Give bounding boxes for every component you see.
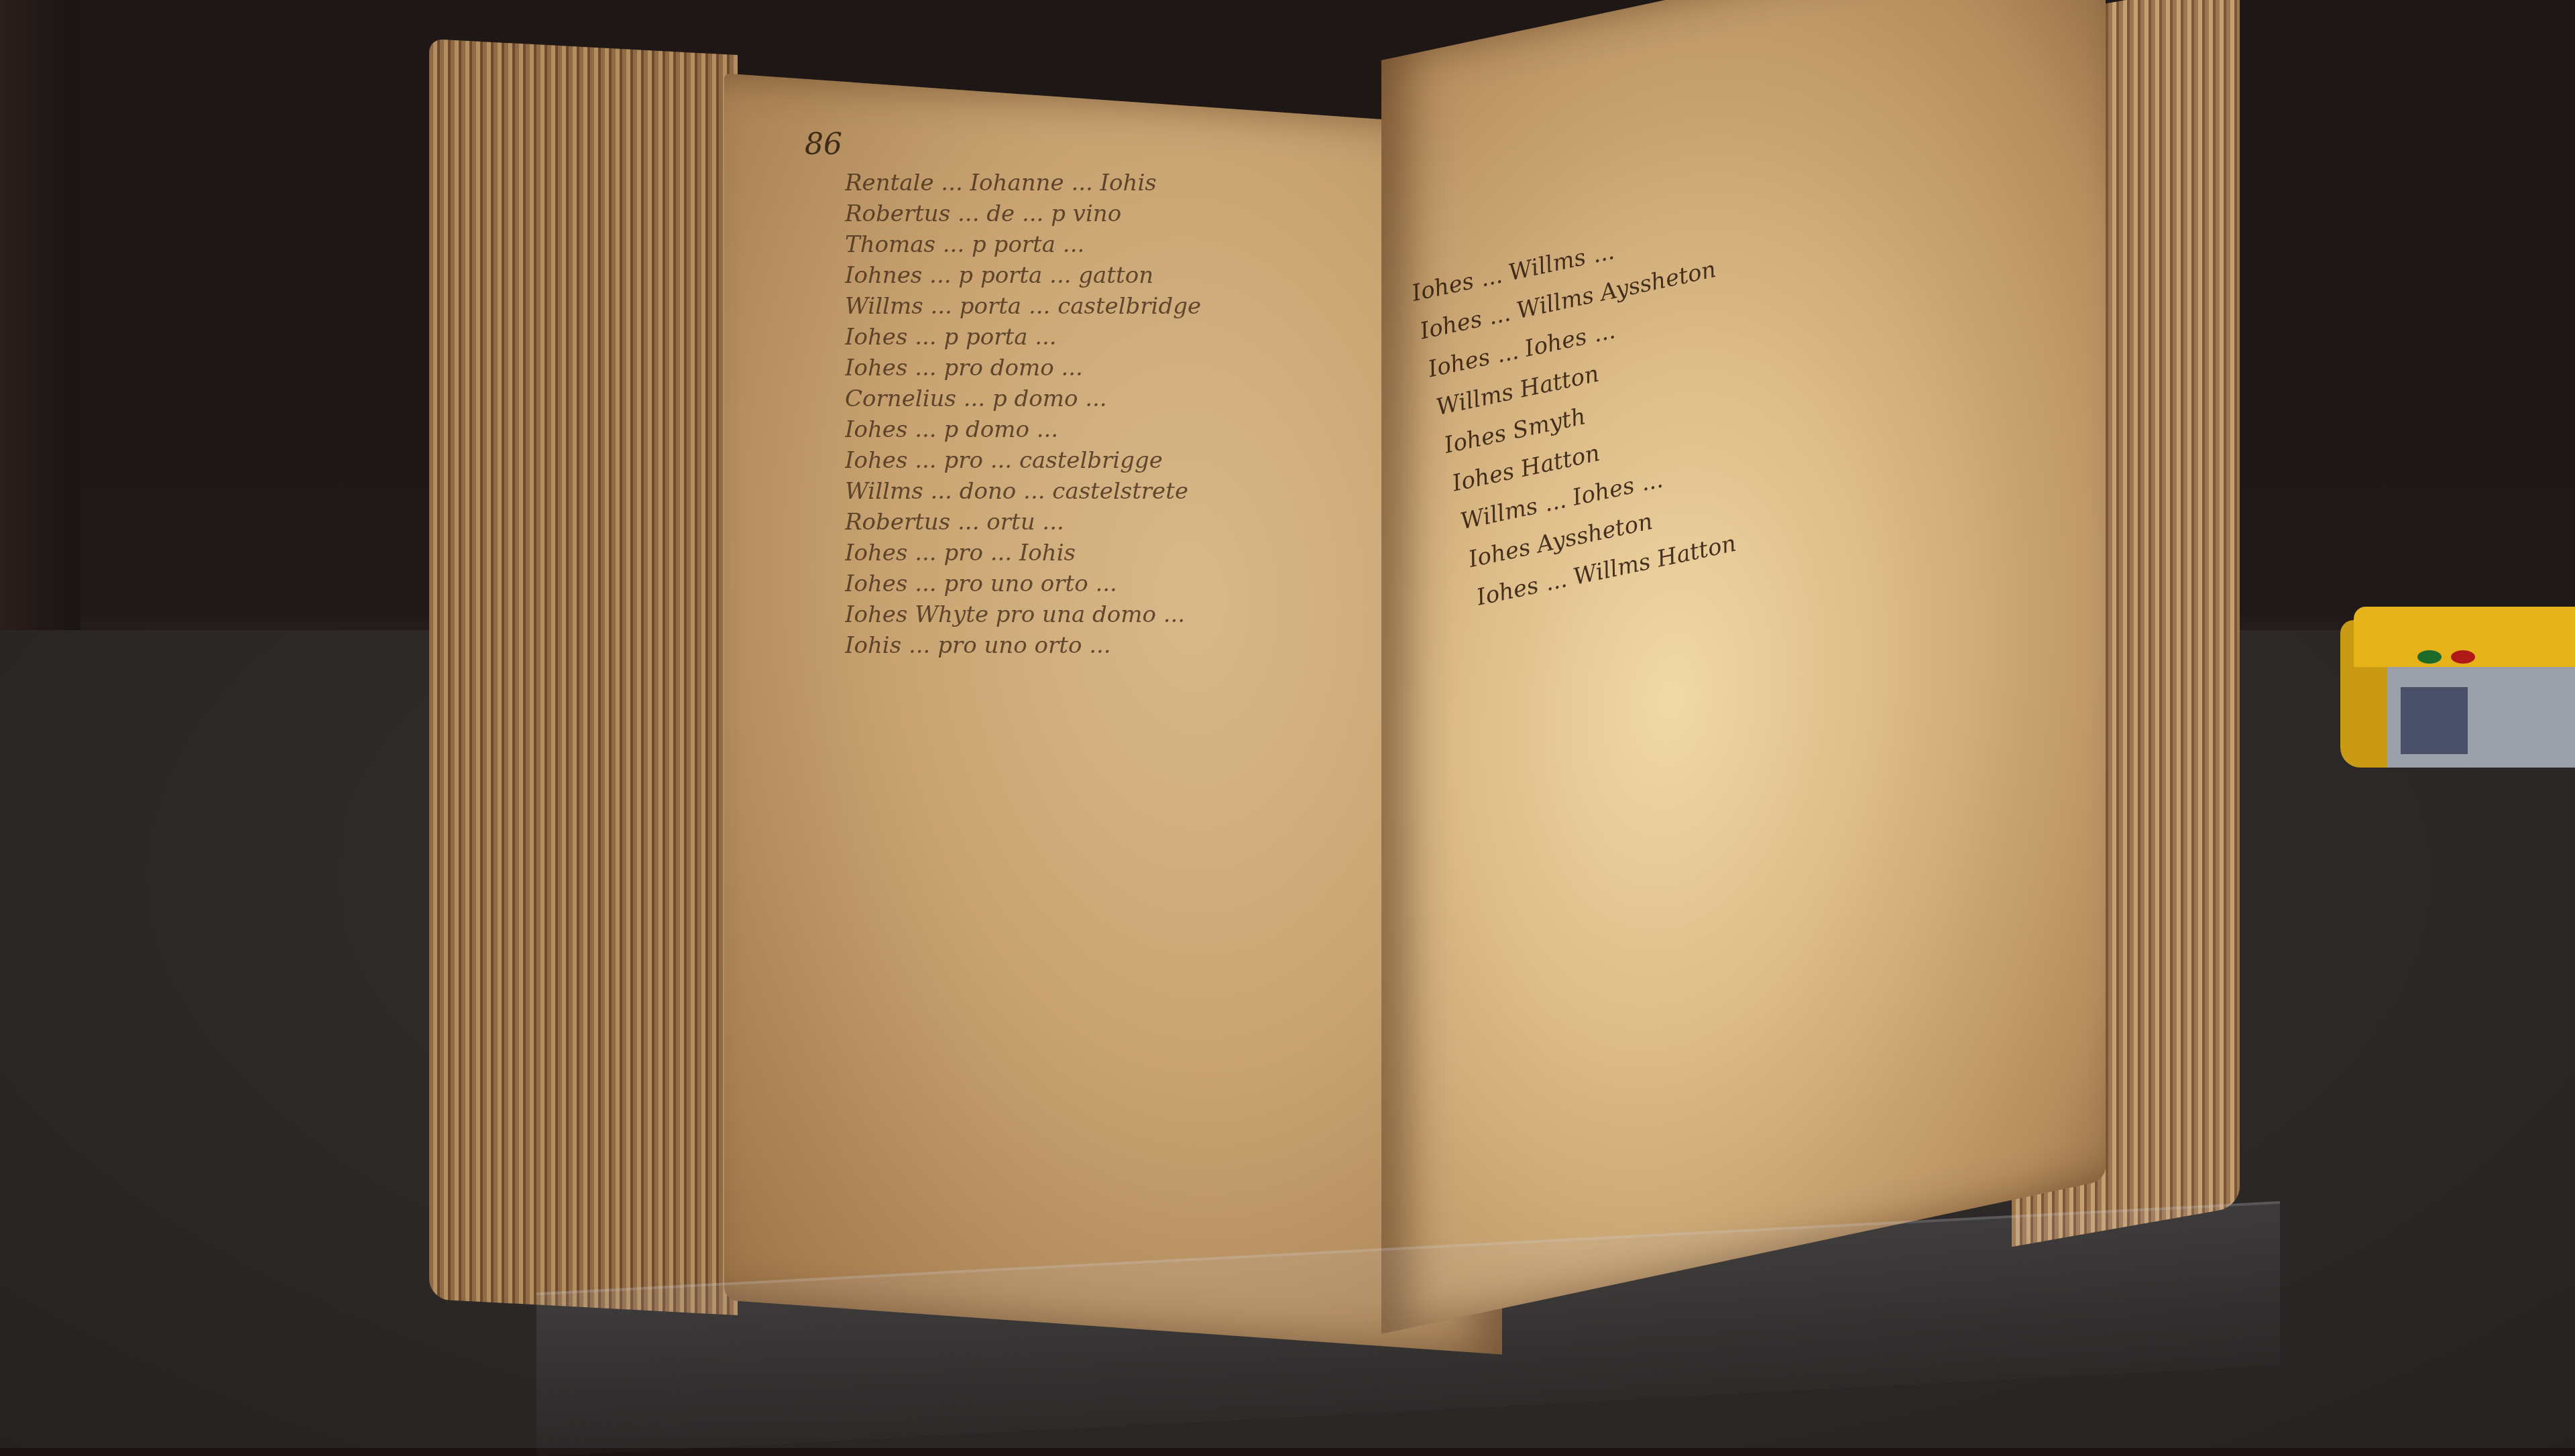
red-led-icon <box>2451 650 2475 664</box>
left-page-text: Rentale ... Iohanne ... Iohis Robertus .… <box>845 168 1448 661</box>
left-page-edges <box>429 39 738 1315</box>
folio-number: 86 <box>805 127 842 162</box>
manuscript-line: Iohes ... pro uno orto ... <box>845 568 1448 599</box>
manuscript-line: Iohes ... pro ... castelbrigge <box>845 445 1448 476</box>
manuscript-line: Robertus ... ortu ... <box>845 507 1448 538</box>
environment-monitor-device <box>2340 600 2575 794</box>
manuscript-line: Thomas ... p porta ... <box>845 229 1448 260</box>
manuscript-line: Rentale ... Iohanne ... Iohis <box>845 168 1448 198</box>
green-led-icon <box>2417 650 2442 664</box>
manuscript-line: Willms ... porta ... castelbridge <box>845 291 1448 322</box>
manuscript-line: Iohes ... pro ... Iohis <box>845 538 1448 568</box>
display-case-wall <box>0 0 80 670</box>
manuscript-line: Iohes Whyte pro una domo ... <box>845 599 1448 630</box>
manuscript-line: Iohes ... pro domo ... <box>845 353 1448 383</box>
device-label <box>2401 687 2468 754</box>
manuscript-line: Robertus ... de ... p vino <box>845 198 1448 229</box>
open-manuscript-book: 86 Rentale ... Iohanne ... Iohis Robertu… <box>416 20 2280 1421</box>
manuscript-line: Willms ... dono ... castelstrete <box>845 476 1448 507</box>
manuscript-line: Cornelius ... p domo ... <box>845 383 1448 414</box>
manuscript-line: Iohis ... pro uno orto ... <box>845 630 1448 661</box>
manuscript-line: Iohes ... p domo ... <box>845 414 1448 445</box>
manuscript-line: Iohes ... p porta ... <box>845 322 1448 353</box>
museum-display-scene: 86 Rentale ... Iohanne ... Iohis Robertu… <box>0 0 2575 1448</box>
manuscript-line: Iohnes ... p porta ... gatton <box>845 260 1448 291</box>
